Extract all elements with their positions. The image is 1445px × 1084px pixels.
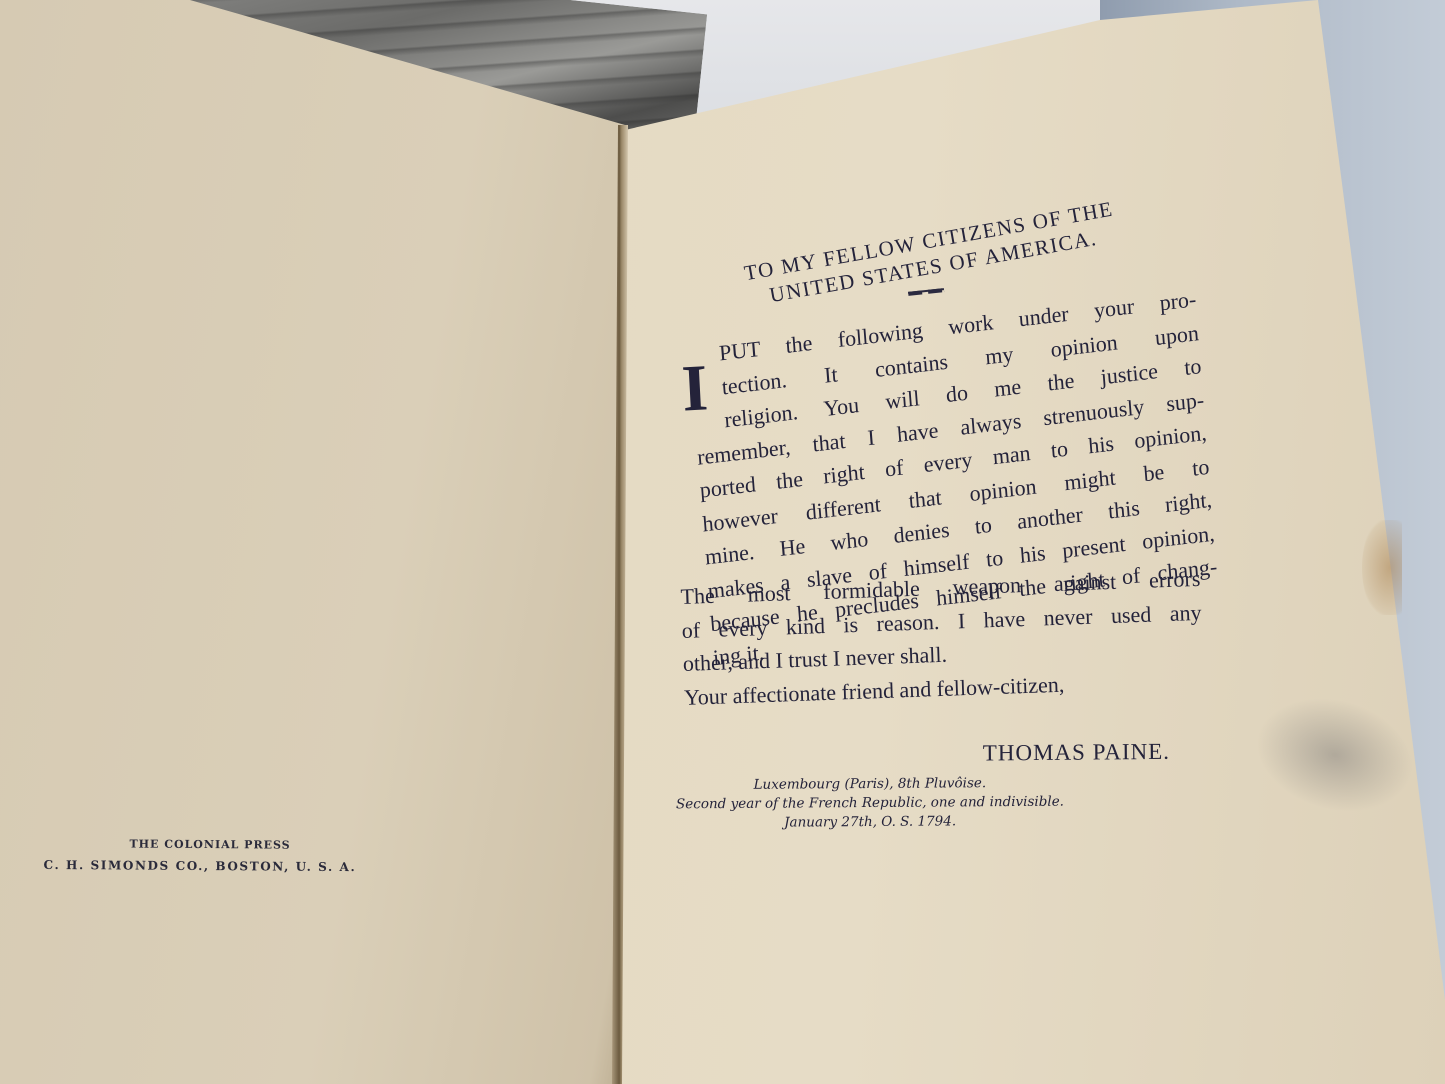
paragraph-2: The most formidable weapon against error… (680, 562, 1204, 714)
photo-scene: THE COLONIAL PRESS C. H. SIMONDS CO., BO… (0, 0, 1445, 1084)
imprint-line-1: THE COLONIAL PRESS (50, 837, 370, 852)
page-stain (1362, 520, 1402, 615)
dateline-line-3: January 27th, O. S. 1794. (640, 811, 1100, 833)
left-page (0, 0, 630, 1084)
imprint-line-2: C. H. SIMONDS CO., BOSTON, U. S. A. (30, 858, 370, 874)
author-signature: THOMAS PAINE. (910, 739, 1170, 767)
printer-imprint: THE COLONIAL PRESS C. H. SIMONDS CO., BO… (30, 837, 370, 874)
dateline: Luxembourg (Paris), 8th Pluvôise. Second… (640, 773, 1100, 833)
dateline-line-2: Second year of the French Republic, one … (640, 792, 1100, 814)
